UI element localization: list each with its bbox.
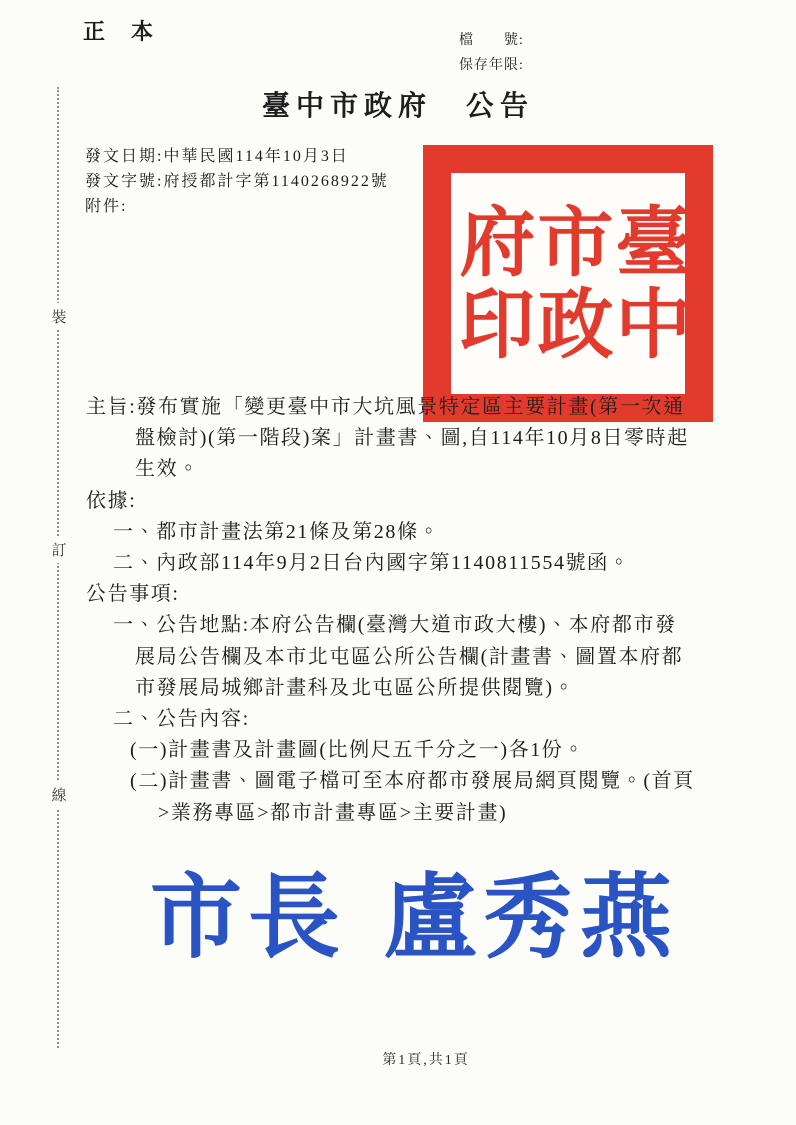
document-title: 臺中市政府 公告 <box>0 84 796 124</box>
content-sub-item: >業務專區>都市計畫專區>主要計畫) <box>0 798 796 829</box>
content-sub-item: (一)計畫書及計畫圖(比例尺五千分之一)各1份。 <box>0 735 796 766</box>
issue-date-line: 發文日期:中華民國114年10月3日 <box>85 144 389 169</box>
subject-line: 主旨:發布實施「變更臺中市大坑風景特定區主要計畫(第一次通 <box>0 392 796 423</box>
page-number: 第1頁,共1頁 <box>0 1049 796 1069</box>
matters-item: 二、公告內容: <box>0 704 796 735</box>
content-sub-item: (二)計畫書、圖電子檔可至本府都市發展局網頁閱覽。(首頁 <box>0 766 796 797</box>
file-number-label: 檔 號: <box>459 28 524 53</box>
matters-item: 市發展局城鄉計畫科及北屯區公所提供閱覽)。 <box>0 673 796 704</box>
government-seal: 臺中市政府印 <box>423 145 713 422</box>
document-meta: 發文日期:中華民國114年10月3日 發文字號:府授都計字第1140268922… <box>85 144 389 219</box>
copy-type-label: 正 本 <box>83 15 155 46</box>
basis-item: 二、內政部114年9月2日台內國字第1140811554號函。 <box>0 548 796 579</box>
official-announcement-page: 裝 訂 線 正 本 檔 號: 保存年限: 臺中市政府 公告 發文日期:中華民國1… <box>0 0 796 1125</box>
matters-item: 展局公告欄及本市北屯區公所公告欄(計畫書、圖置本府都 <box>0 642 796 673</box>
basis-heading: 依據: <box>0 486 796 517</box>
reference-number-line: 發文字號:府授都計字第1140268922號 <box>85 169 389 194</box>
mayor-signature-stamp: 市長 盧秀燕 <box>150 852 750 982</box>
announcement-body: 主旨:發布實施「變更臺中市大坑風景特定區主要計畫(第一次通 盤檢討)(第一階段)… <box>0 392 796 829</box>
file-reference-block: 檔 號: 保存年限: <box>459 28 524 78</box>
binding-mark-zhuang: 裝 <box>49 303 69 330</box>
subject-line: 盤檢討)(第一階段)案」計畫書、圖,自114年10月8日零時起 <box>0 423 796 454</box>
retention-period-label: 保存年限: <box>459 53 524 78</box>
matters-item: 一、公告地點:本府公告欄(臺灣大道市政大樓)、本府都市發 <box>0 610 796 641</box>
subject-line: 生效。 <box>0 454 796 485</box>
basis-item: 一、都市計畫法第21條及第28條。 <box>0 517 796 548</box>
attachment-line: 附件: <box>85 194 389 219</box>
government-seal-characters: 臺中市政府印 <box>451 173 685 394</box>
matters-heading: 公告事項: <box>0 579 796 610</box>
